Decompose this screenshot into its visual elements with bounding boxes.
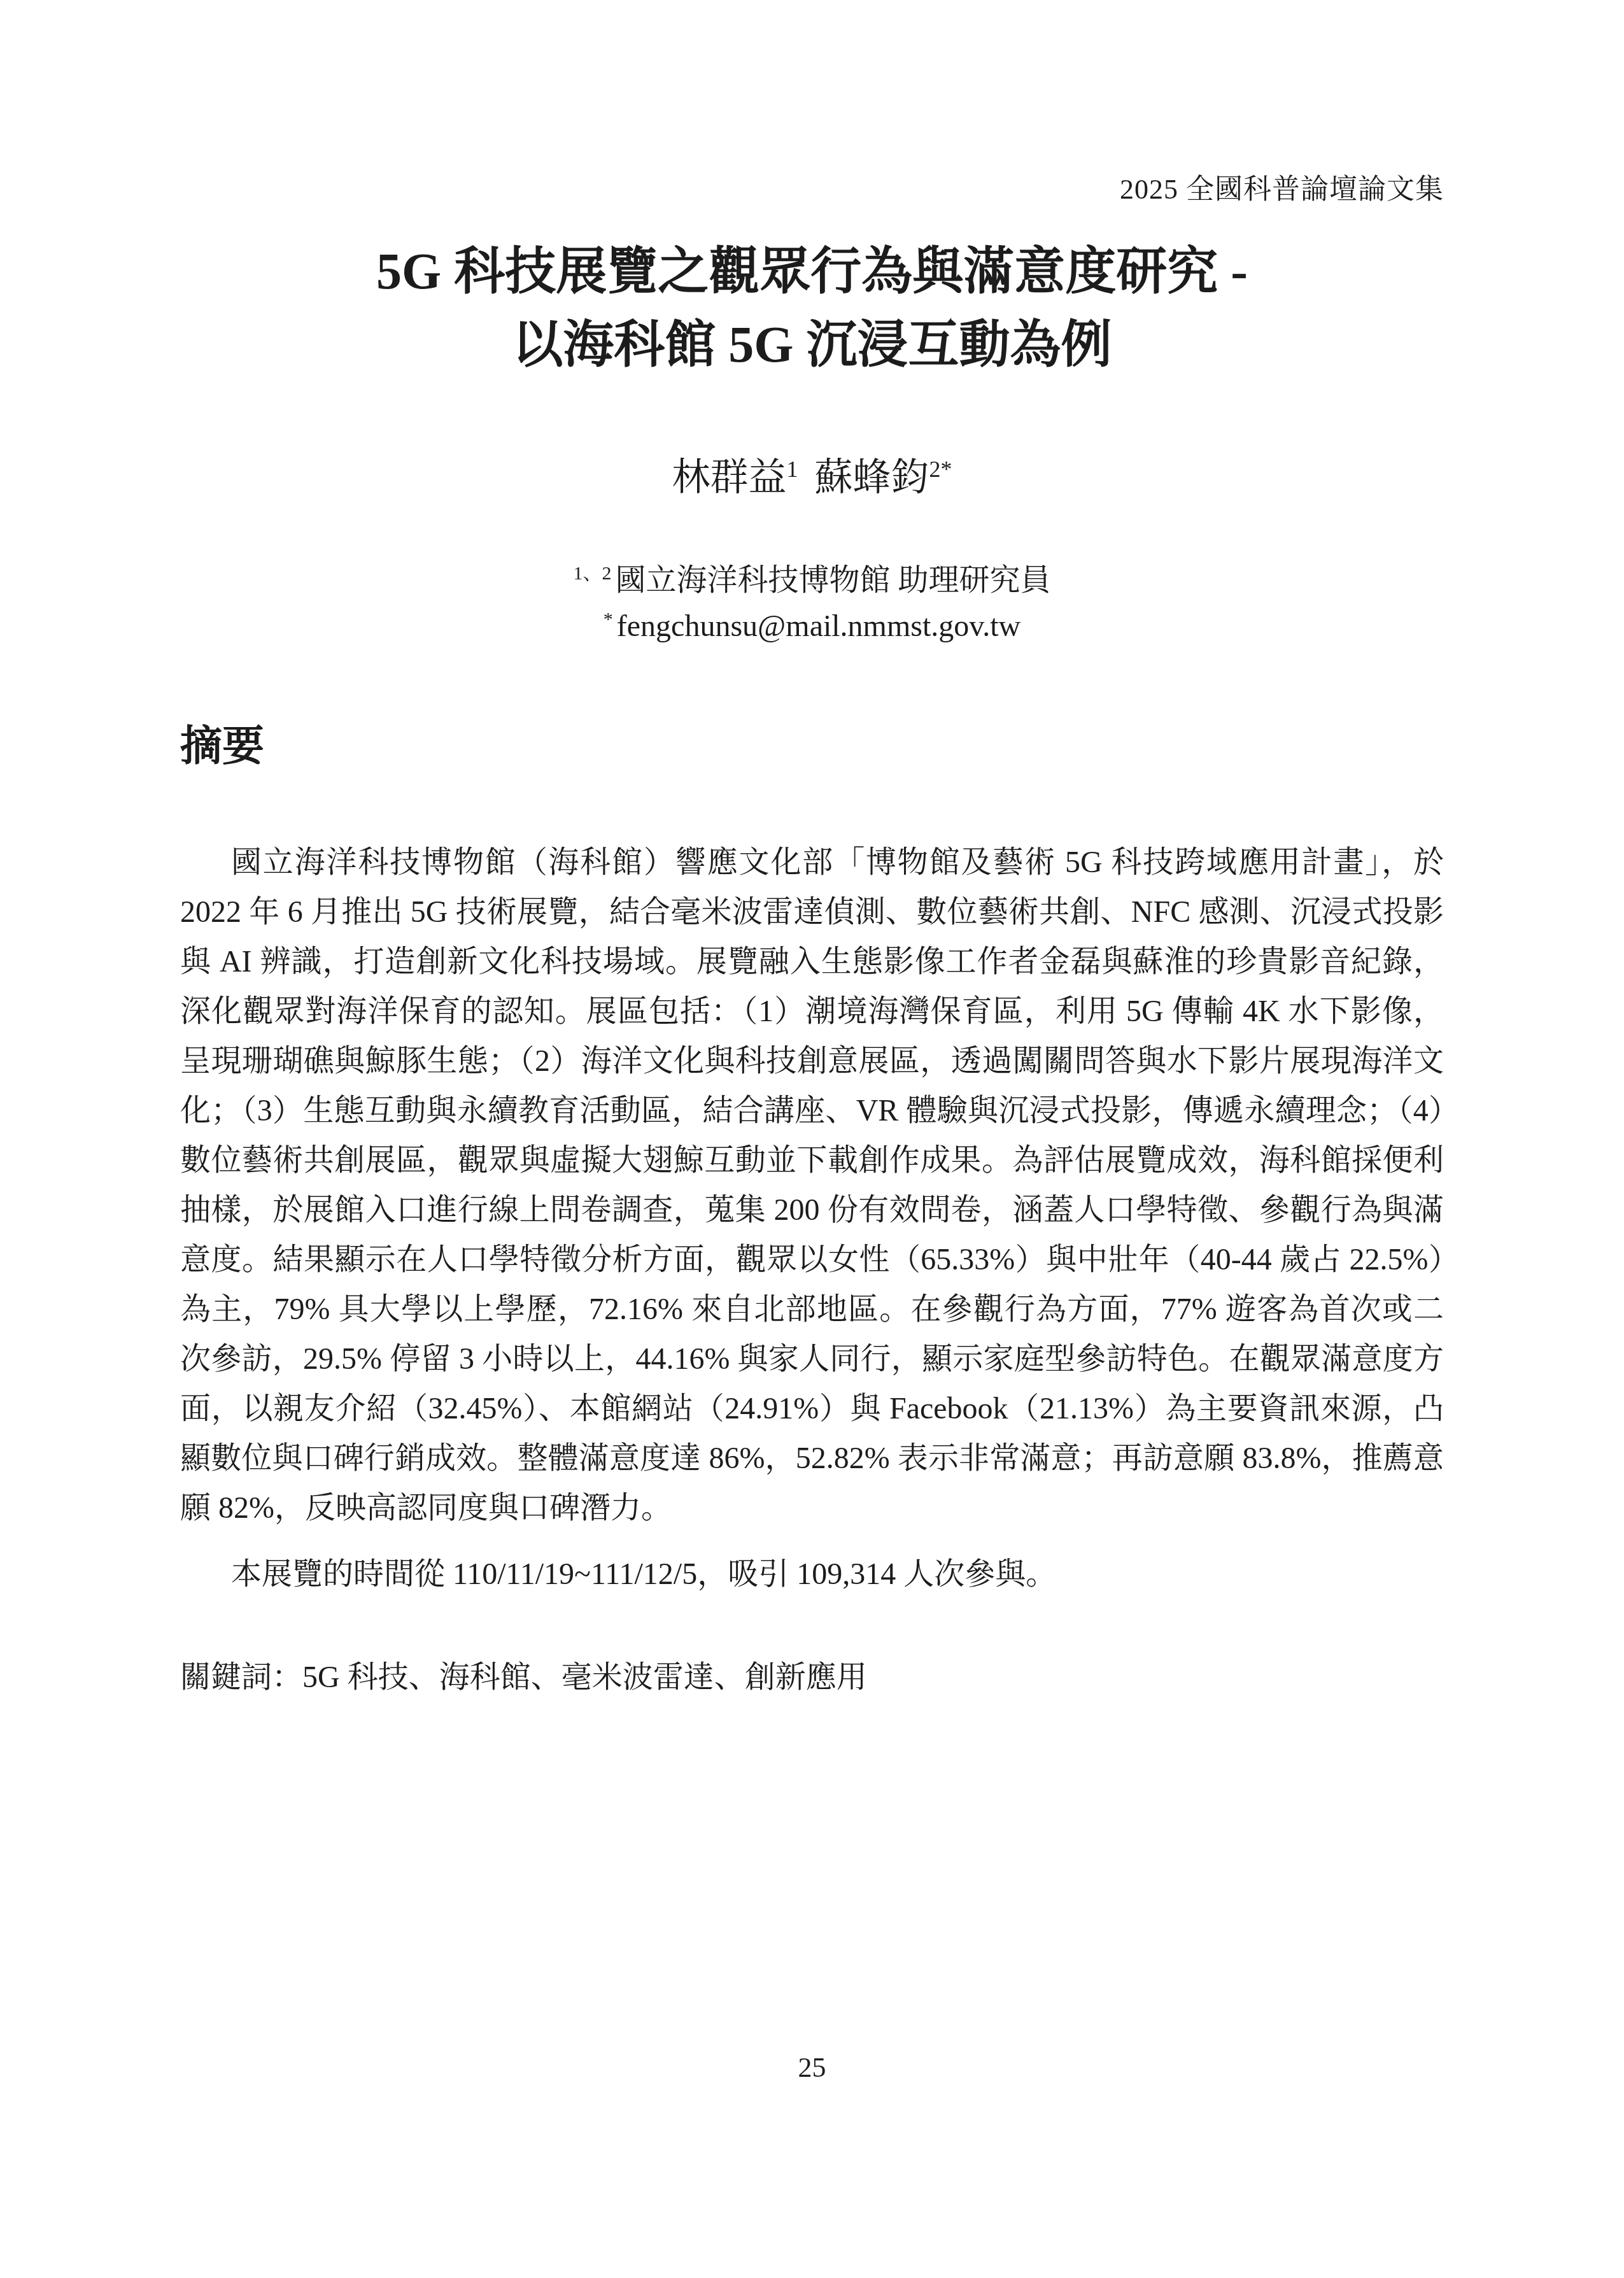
email-superscript: * [604,609,613,630]
affiliation-superscript: 1、2 [573,563,611,584]
authors-line: 林群益1蘇蜂鈞2* [0,449,1624,506]
document-page: 2025 全國科普論壇論文集 5G 科技展覽之觀眾行為與滿意度研究 - 以海科館… [0,0,1624,2278]
paper-title-line2: 以海科館 5G 沉浸互動為例 [0,309,1624,382]
keywords-line: 關鍵詞：5G 科技、海科館、毫米波雷達、創新應用 [180,1653,1444,1702]
paper-title: 5G 科技展覽之觀眾行為與滿意度研究 - 以海科館 5G 沉浸互動為例 [0,236,1624,382]
abstract-heading: 摘要 [180,718,264,775]
author-2-name: 蘇蜂鈞 [815,456,929,499]
author-1-superscript: 1 [787,456,798,482]
author-1-name: 林群益 [672,456,787,499]
email-line: *fengchunsu@mail.nmmst.gov.tw [0,604,1624,649]
affiliation-text: 國立海洋科技博物館 助理研究員 [615,563,1050,597]
email-address: fengchunsu@mail.nmmst.gov.tw [617,609,1020,643]
abstract-paragraph-1: 國立海洋科技博物館（海科館）響應文化部「博物館及藝術 5G 科技跨域應用計畫」，… [180,838,1444,1533]
abstract-paragraph-2: 本展覽的時間從 110/11/19~111/12/5，吸引 109,314 人次… [180,1550,1444,1599]
author-2-superscript: 2* [929,456,952,482]
paper-title-line1: 5G 科技展覽之觀眾行為與滿意度研究 - [0,236,1624,309]
proceedings-header: 2025 全國科普論壇論文集 [180,173,1444,207]
page-number: 25 [0,2051,1624,2085]
affiliation-line: 1、2國立海洋科技博物館 助理研究員 [0,558,1624,604]
